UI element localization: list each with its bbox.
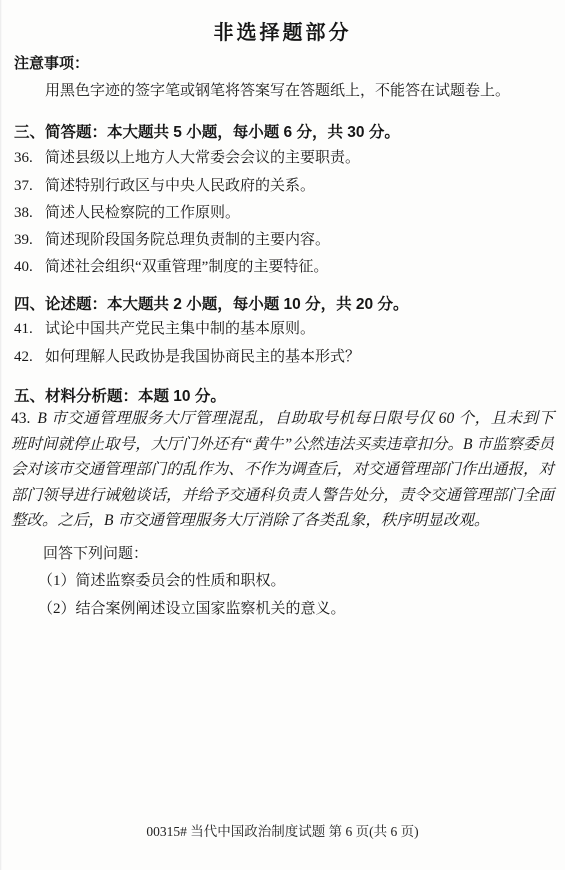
question-43-prompt: 回答下列问题： [43,542,148,563]
question-43-number: 43. [11,410,30,427]
question-38-number: 38. [14,204,45,222]
question-43-subquestion-1: （1）简述监察委员会的性质和职权。 [38,569,555,590]
question-41: 41. 试论中国共产党民主集中制的基本原则。 [14,320,555,338]
question-36-number: 36. [14,149,45,167]
question-36: 36. 简述县级以上地方人大常委会会议的主要职责。 [14,149,555,167]
question-37-text: 简述特别行政区与中央人民政府的关系。 [45,177,315,195]
question-40-text: 简述社会组织“双重管理”制度的主要特征。 [45,258,328,276]
question-41-text: 试论中国共产党民主集中制的基本原则。 [45,320,315,338]
question-42-text: 如何理解人民政协是我国协商民主的基本形式？ [45,348,360,366]
question-43-material-text: B 市交通管理服务大厅管理混乱，自助取号机每日限号仅 60 个，且未到下班时间就… [11,410,554,529]
question-38: 38. 简述人民检察院的工作原则。 [14,204,555,222]
section-heading-essay: 四、论述题：本大题共 2 小题，每小题 10 分，共 20 分。 [14,292,553,314]
question-39: 39. 简述现阶段国务院总理负责制的主要内容。 [14,231,555,249]
section-heading-material-analysis: 五、材料分析题：本题 10 分。 [14,384,553,406]
exam-paper-page: 非选择题部分 注意事项： 用黑色字迹的签字笔或钢笔将答案写在答题纸上，不能答在试… [0,0,565,870]
section-heading-short-answer: 三、简答题：本大题共 5 小题，每小题 6 分，共 30 分。 [14,120,553,142]
question-37: 37. 简述特别行政区与中央人民政府的关系。 [14,177,555,195]
question-41-number: 41. [14,320,45,338]
question-37-number: 37. [14,177,45,195]
question-43-subquestion-2: （2）结合案例阐述设立国家监察机关的意义。 [38,597,555,618]
question-39-number: 39. [14,231,45,249]
page-title: 非选择题部分 [0,16,565,45]
question-43-material: 43.B 市交通管理服务大厅管理混乱，自助取号机每日限号仅 60 个，且未到下班… [11,406,554,534]
question-39-text: 简述现阶段国务院总理负责制的主要内容。 [45,231,330,249]
page-footer: 00315# 当代中国政治制度试题 第 6 页(共 6 页) [0,820,565,840]
question-38-text: 简述人民检察院的工作原则。 [45,204,240,222]
notice-body: 用黑色字迹的签字笔或钢笔将答案写在答题纸上，不能答在试题卷上。 [45,79,553,100]
question-42: 42. 如何理解人民政协是我国协商民主的基本形式？ [14,348,555,366]
notice-heading: 注意事项： [14,52,89,73]
question-40-number: 40. [14,258,45,276]
question-42-number: 42. [14,348,45,366]
question-40: 40. 简述社会组织“双重管理”制度的主要特征。 [14,258,555,276]
question-36-text: 简述县级以上地方人大常委会会议的主要职责。 [45,149,360,167]
